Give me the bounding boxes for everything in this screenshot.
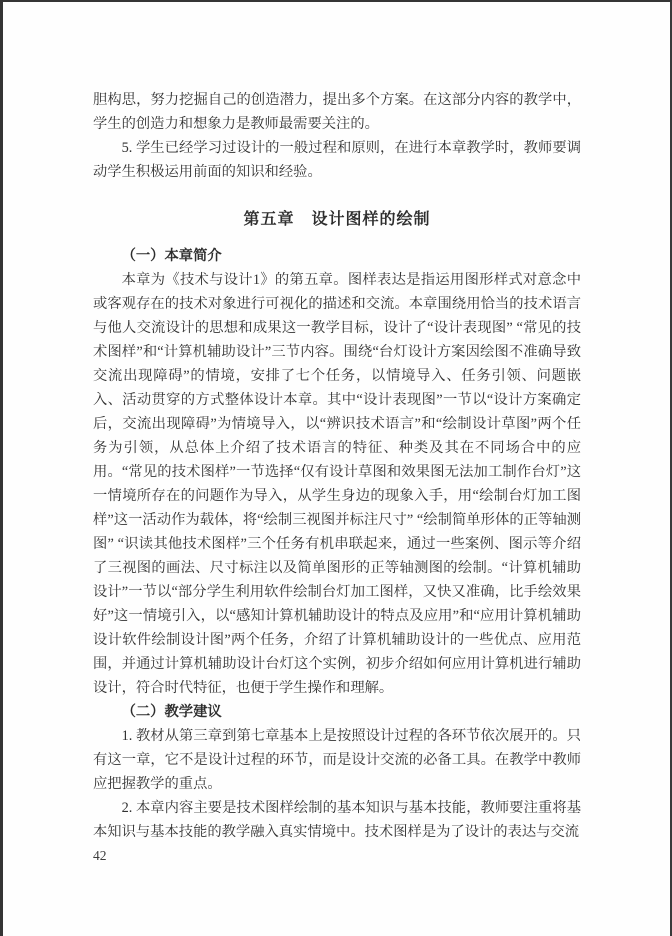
section-1-body: 本章为《技术与设计1》的第五章。图样表达是指运用图形样式对意念中或客观存在的技术… [93,268,581,700]
paragraph-carryover: 胆构思，努力挖掘自己的创造潜力，提出多个方案。在这部分内容的教学中，学生的创造力… [93,88,581,136]
paragraph-point-5: 5. 学生已经学习过设计的一般过程和原则，在进行本章教学时，教师要调动学生积极运… [93,136,581,184]
section-1-title: （一）本章简介 [93,244,581,268]
section-2-item-2: 2. 本章内容主要是技术图样绘制的基本知识与基本技能，教师要注重将基本知识与基本… [93,796,581,844]
page-number: 42 [93,848,107,864]
section-2-item-1: 1. 教材从第三章到第七章基本上是按照设计过程的各环节依次展开的。只有这一章，它… [93,724,581,796]
section-2-title: （二）教学建议 [93,700,581,724]
book-page: 胆构思，努力挖掘自己的创造潜力，提出多个方案。在这部分内容的教学中，学生的创造力… [0,0,672,936]
chapter-heading: 第五章 设计图样的绘制 [93,208,581,232]
